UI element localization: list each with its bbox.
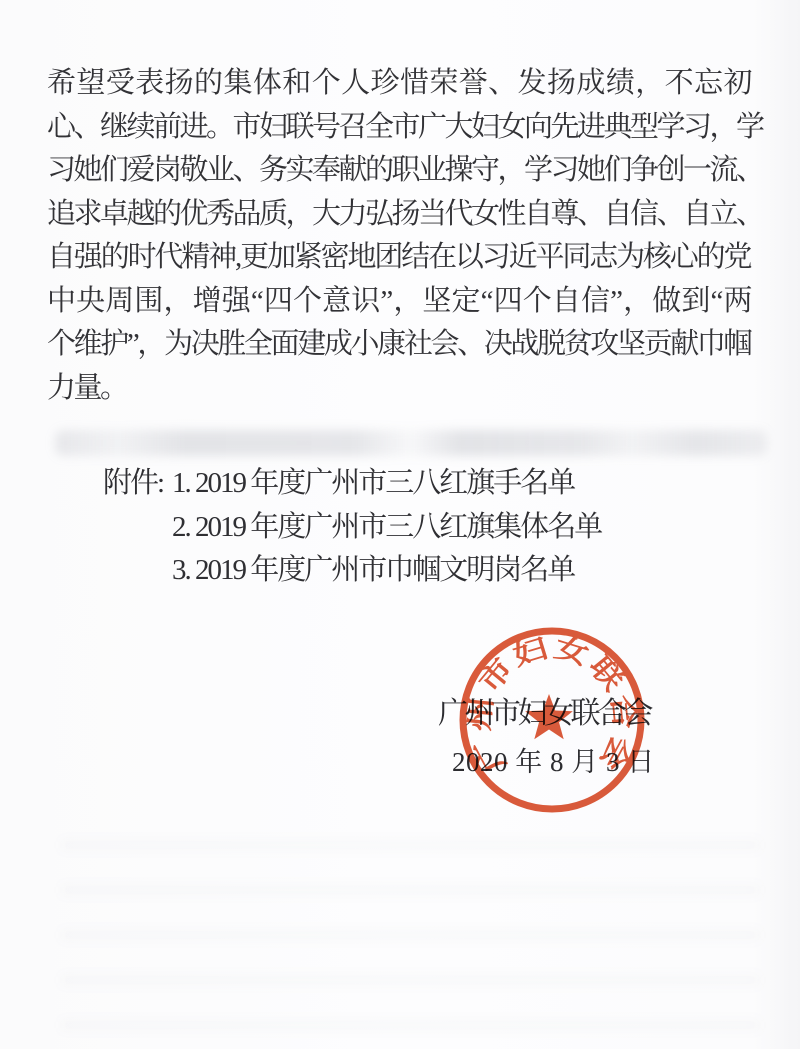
paragraph-line: 习她们爱岗敬业、务实奉献的职业操守，学习她们争创一流、 [47, 149, 750, 193]
attachments-label: 附件: [103, 462, 163, 506]
paragraph-line: 中央周围，增强“四个意识”，坚定“四个自信”，做到“两 [47, 280, 750, 324]
attachment-item: 2. 2019 年度广州市三八红旗集体名单 [172, 506, 601, 550]
paragraph-line: 个维护”，为决胜全面建成小康社会、决战脱贫攻坚贡献巾帼 [47, 323, 750, 367]
red-star-icon [525, 694, 573, 739]
paragraph-line: 希望受表扬的集体和个人珍惜荣誉、发扬成绩，不忘初 [47, 62, 750, 106]
body-paragraph: 希望受表扬的集体和个人珍惜荣誉、发扬成绩，不忘初 心、继续前进。市妇联号召全市广… [47, 62, 750, 410]
document-page: 希望受表扬的集体和个人珍惜荣誉、发扬成绩，不忘初 心、继续前进。市妇联号召全市广… [0, 0, 800, 1049]
paragraph-line: 追求卓越的优秀品质，大力弘扬当代女性自尊、自信、自立、 [47, 193, 750, 237]
attachments-list: 1. 2019 年度广州市三八红旗手名单 2. 2019 年度广州市三八红旗集体… [172, 462, 601, 593]
paragraph-line: 心、继续前进。市妇联号召全市广大妇女向先进典型学习，学 [47, 106, 750, 150]
attachment-item: 1. 2019 年度广州市三八红旗手名单 [172, 462, 601, 506]
attachment-item: 3. 2019 年度广州市巾帼文明岗名单 [172, 549, 601, 593]
paragraph-line: 力量。 [47, 367, 750, 411]
ink-bleed-artifact-bottom [60, 838, 760, 1043]
paragraph-line: 自强的时代精神,更加紧密地团结在以习近平同志为核心的党 [47, 236, 750, 280]
ink-bleed-artifact [55, 430, 767, 456]
official-seal: 广州市妇女联合会 [450, 618, 654, 822]
